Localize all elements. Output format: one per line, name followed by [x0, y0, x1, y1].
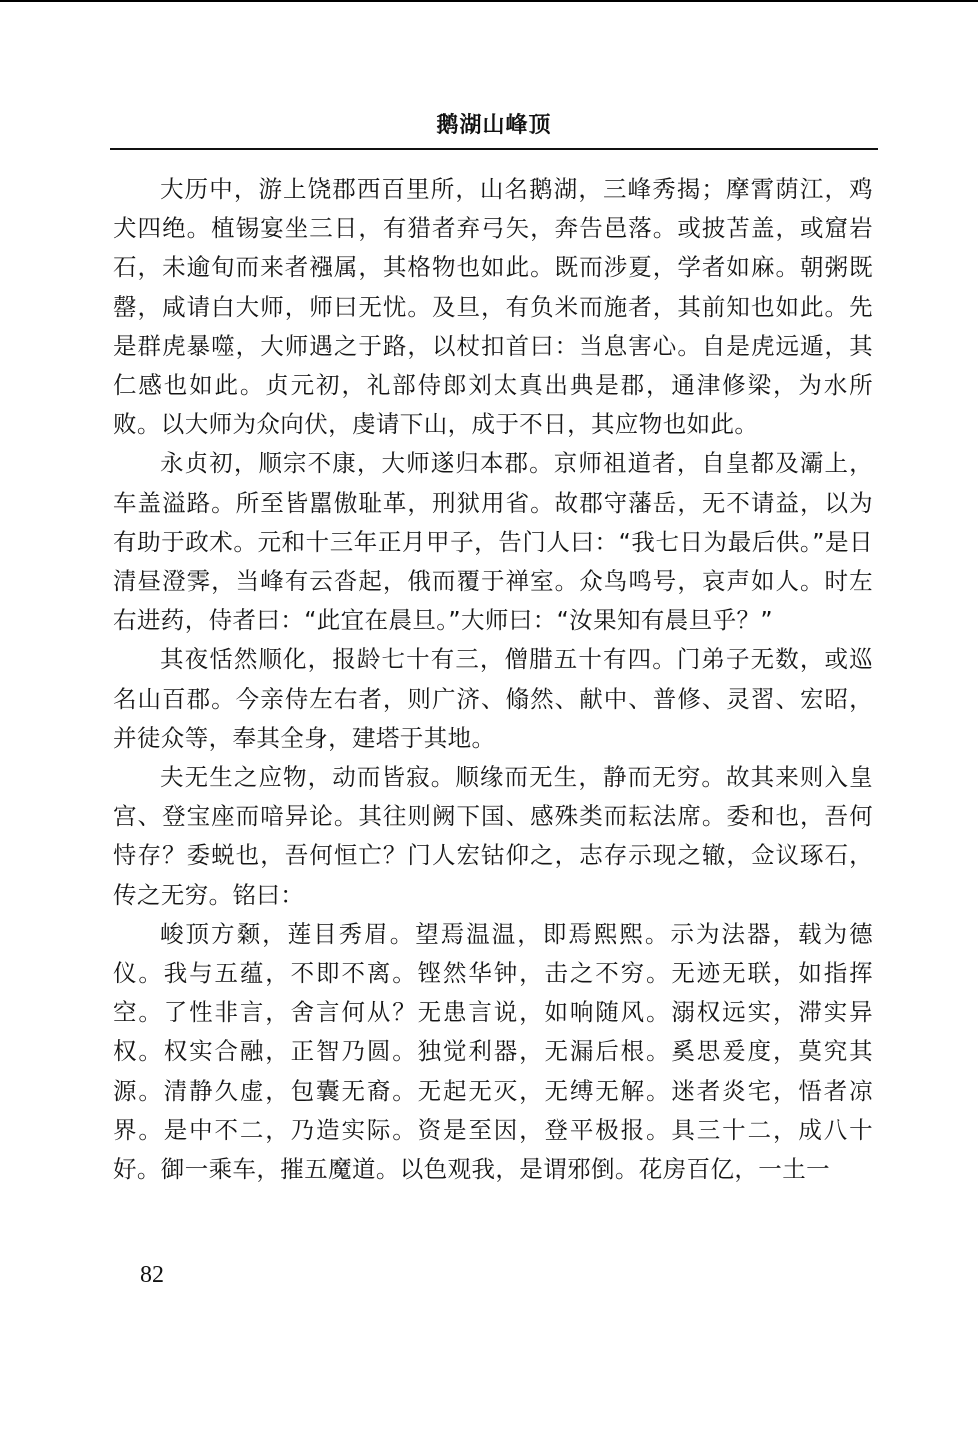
book-page: 鹅湖山峰顶 大历中，游上饶郡西百里所，山名鹅湖，三峰秀揭；摩霄荫江，鸡犬四绝。植… — [0, 0, 978, 1439]
paragraph: 大历中，游上饶郡西百里所，山名鹅湖，三峰秀揭；摩霄荫江，鸡犬四绝。植锡宴坐三日，… — [113, 170, 873, 444]
paragraph: 其夜恬然顺化，报龄七十有三，僧腊五十有四。门弟子无数，或巡名山百郡。今亲侍左右者… — [113, 640, 873, 758]
paragraph: 夫无生之应物，动而皆寂。顺缘而无生，静而无穷。故其来则入皇宫、登宝座而喑异论。其… — [113, 758, 873, 915]
header-rule-divider — [110, 148, 878, 150]
page-number: 82 — [140, 1262, 164, 1289]
body-text: 大历中，游上饶郡西百里所，山名鹅湖，三峰秀揭；摩霄荫江，鸡犬四绝。植锡宴坐三日，… — [113, 170, 873, 1189]
paragraph: 永贞初，顺宗不康，大师遂归本郡。京师祖道者，自皇都及灞上，车盖溢路。所至皆嚚傲耻… — [113, 444, 873, 640]
running-head: 鹅湖山峰顶 — [110, 108, 878, 139]
paragraph-inscription: 峻顶方颡，莲目秀眉。望焉温温，即焉熙熙。示为法器，载为德仪。我与五蕴，不即不离。… — [113, 915, 873, 1189]
